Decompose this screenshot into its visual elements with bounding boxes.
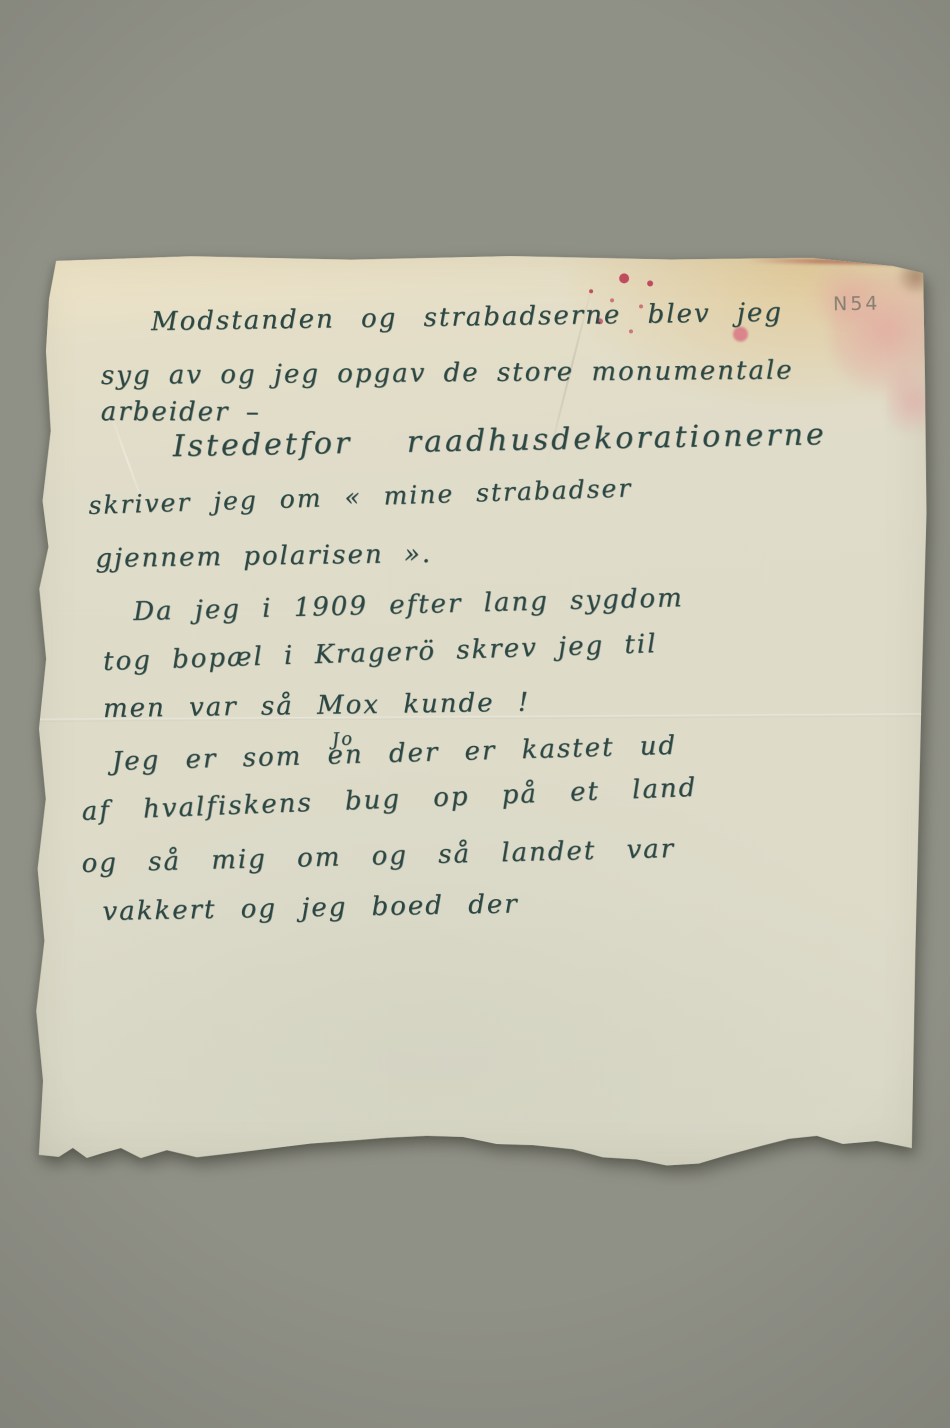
- photo-vignette: [0, 0, 950, 1428]
